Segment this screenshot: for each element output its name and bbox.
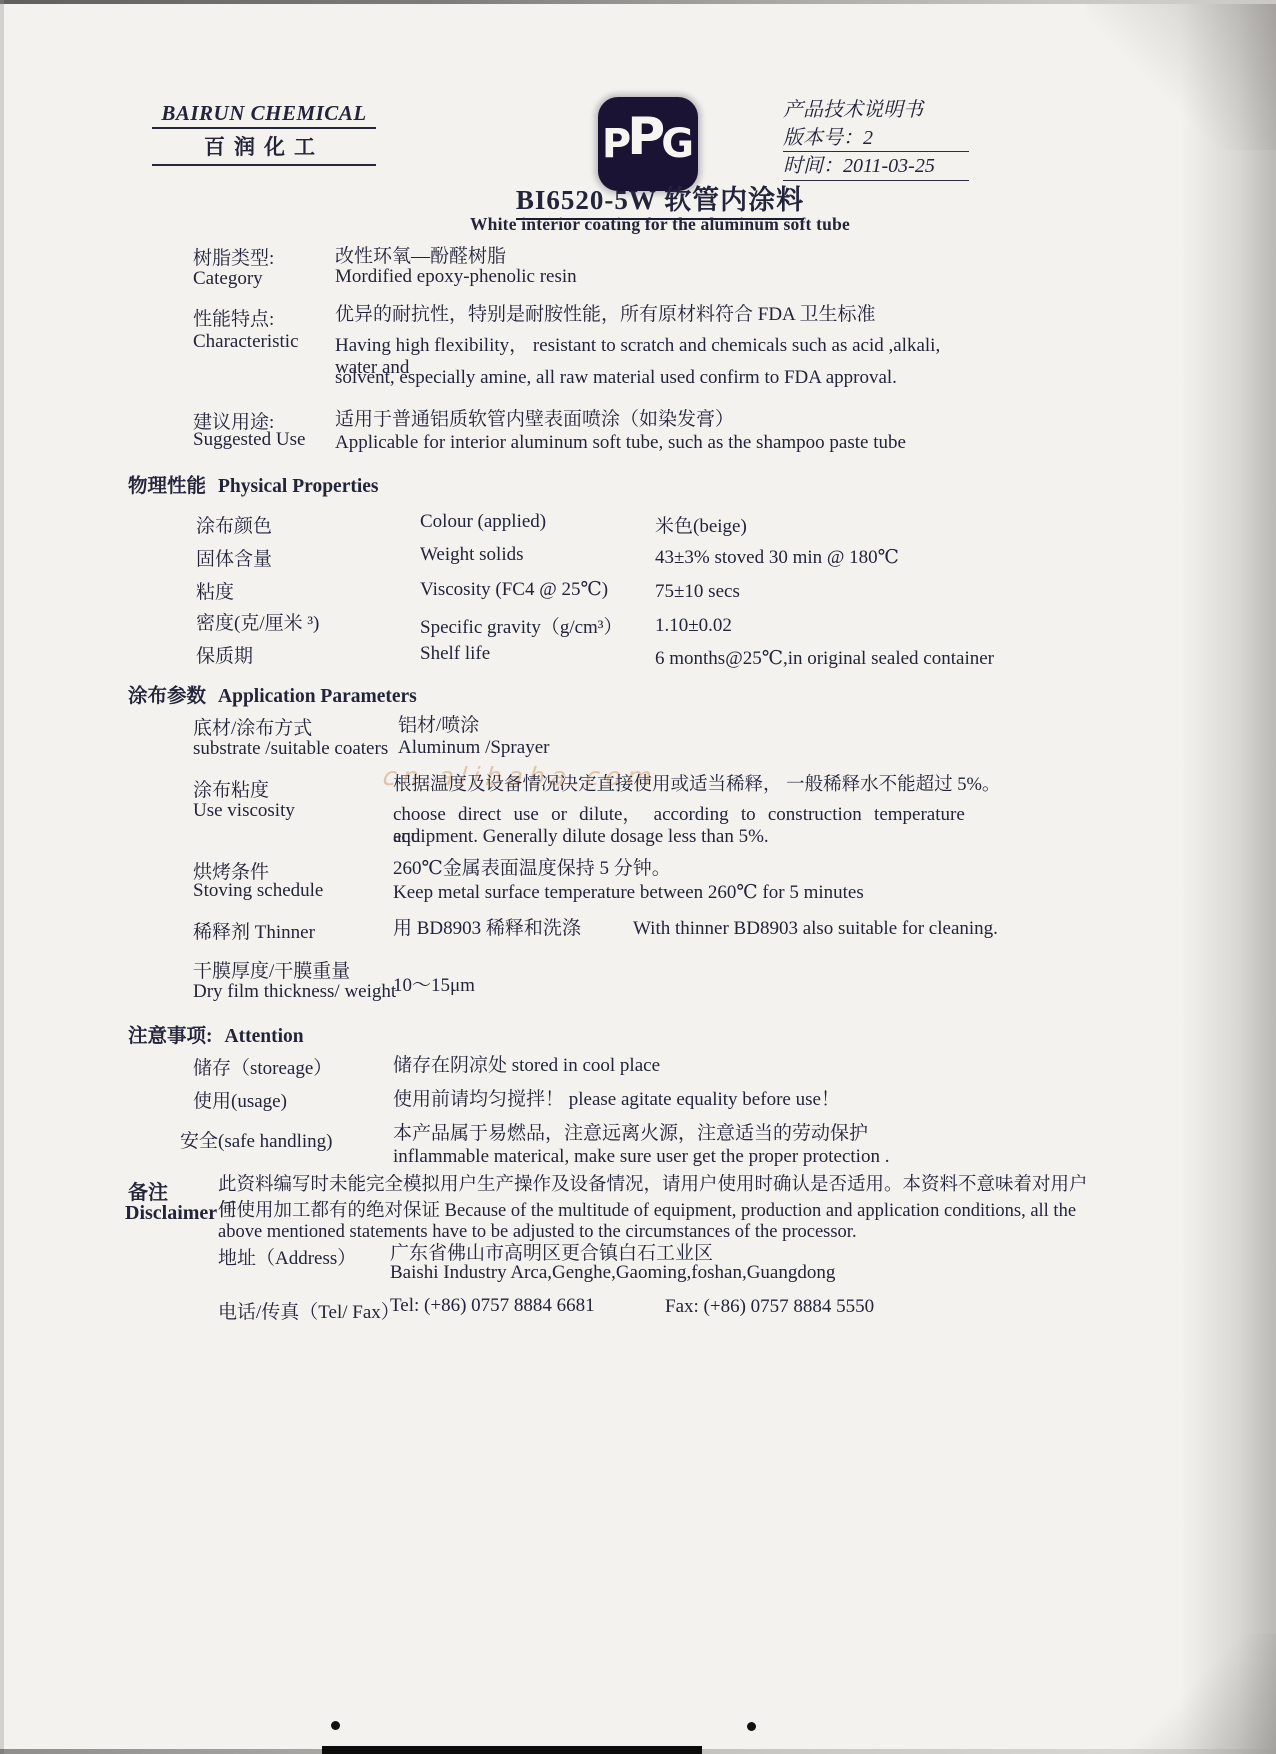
scan-bottom-bar bbox=[322, 1746, 702, 1754]
stoving-line1: 260℃金属表面温度保持 5 分钟。 bbox=[393, 853, 671, 880]
ppg-logo-letter: P bbox=[627, 111, 665, 163]
characteristic-label-en: Characteristic bbox=[193, 331, 299, 353]
physical-row-en: Colour (applied) bbox=[420, 511, 546, 533]
storage-value: 储存在阴凉处 stored in cool place bbox=[393, 1050, 660, 1077]
characteristic-value-en2: solvent, especially amine, all raw mater… bbox=[335, 367, 985, 389]
safe-handling-line2: inflammable materical, make sure user ge… bbox=[393, 1146, 889, 1168]
application-heading-zh: 涂布参数 bbox=[128, 686, 206, 707]
usage-value: 使用前请均匀搅拌！ please agitate equality before… bbox=[393, 1084, 840, 1111]
use-viscosity-label-zh: 涂布粘度 bbox=[193, 775, 269, 802]
note-label-zh: 备注 bbox=[128, 1176, 168, 1205]
physical-row-value: 43±3% stoved 30 min @ 180℃ bbox=[655, 546, 899, 569]
dry-film-value: 10～15μm bbox=[393, 970, 475, 997]
fax-number: Fax: (+86) 0757 8884 5550 bbox=[665, 1296, 874, 1318]
characteristic-value-zh: 优异的耐抗性，特别是耐胺性能，所有原材料符合 FDA 卫生标准 bbox=[335, 299, 875, 326]
thinner-label: 稀释剂 Thinner bbox=[193, 917, 315, 944]
doc-date: 时间：2011-03-25 bbox=[783, 155, 969, 181]
suggested-use-label-en: Suggested Use bbox=[193, 429, 305, 451]
use-viscosity-line3: equipment. Generally dilute dosage less … bbox=[393, 826, 978, 848]
ppg-logo: P P G bbox=[598, 97, 698, 191]
safe-handling-label: 安全(safe handling) bbox=[180, 1126, 332, 1153]
scan-dot-left bbox=[331, 1721, 340, 1730]
physical-row-zh: 保质期 bbox=[196, 641, 253, 668]
scan-right-shadow bbox=[1181, 0, 1276, 1754]
attention-heading-zh: 注意事项: bbox=[128, 1026, 213, 1047]
scan-top-edge bbox=[0, 0, 1276, 4]
address-en: Baishi Industry Arca,Genghe,Gaoming,fosh… bbox=[390, 1262, 835, 1284]
disclaimer-line2: 何使用加工都有的绝对保证 Because of the multitude of… bbox=[218, 1196, 1098, 1222]
dry-film-label-zh: 干膜厚度/干膜重量 bbox=[193, 956, 350, 983]
physical-row-value: 75±10 secs bbox=[655, 581, 740, 603]
suggested-use-value-en: Applicable for interior aluminum soft tu… bbox=[335, 432, 906, 454]
company-logo: BAIRUN CHEMICAL 百润化工 bbox=[152, 101, 376, 166]
note-label-en: Disclaimer bbox=[125, 1202, 217, 1225]
safe-handling-line1: 本产品属于易燃品，注意远离火源，注意适当的劳动保护 bbox=[393, 1118, 868, 1145]
tel-number: Tel: (+86) 0757 8884 6681 bbox=[390, 1295, 595, 1317]
stoving-line2: Keep metal surface temperature between 2… bbox=[393, 881, 864, 904]
company-name-zh: 百润化工 bbox=[152, 129, 376, 166]
telfax-label: 电话/传真（Tel/ Fax） bbox=[218, 1297, 400, 1324]
substrate-label-en: substrate /suitable coaters bbox=[193, 738, 388, 760]
application-parameters-heading: 涂布参数Application Parameters bbox=[128, 680, 417, 708]
product-subtitle: White interior coating for the aluminum … bbox=[340, 214, 980, 235]
physical-row-value: 米色(beige) bbox=[655, 511, 747, 538]
substrate-label-zh: 底材/涂布方式 bbox=[193, 713, 312, 740]
thinner-value-en: With thinner BD8903 also suitable for cl… bbox=[633, 918, 998, 940]
use-viscosity-label-en: Use viscosity bbox=[193, 800, 295, 822]
scan-corner-shadow-topright bbox=[1086, 0, 1276, 150]
application-heading-en: Application Parameters bbox=[218, 686, 417, 707]
thinner-value-zh: 用 BD8903 稀释和洗涤 bbox=[393, 913, 581, 940]
physical-row-zh: 涂布颜色 bbox=[196, 511, 272, 538]
physical-row-zh: 粘度 bbox=[196, 577, 234, 604]
ppg-logo-letter: G bbox=[661, 124, 694, 164]
substrate-value-en: Aluminum /Sprayer bbox=[398, 737, 549, 759]
physical-heading-zh: 物理性能 bbox=[128, 476, 206, 497]
physical-row-zh: 固体含量 bbox=[196, 544, 272, 571]
physical-row-en: Weight solids bbox=[420, 544, 524, 566]
use-viscosity-line1: 根据温度及设备情况决定直接使用或适当稀释， 一般稀释水不能超过 5%。 bbox=[393, 770, 1000, 796]
stoving-label-en: Stoving schedule bbox=[193, 880, 323, 902]
physical-row-value: 1.10±0.02 bbox=[655, 615, 732, 637]
scan-corner-shadow-bottomright bbox=[1116, 1634, 1276, 1754]
suggested-use-value-zh: 适用于普通铝质软管内壁表面喷涂（如染发膏） bbox=[335, 404, 734, 431]
address-label: 地址（Address） bbox=[218, 1243, 356, 1270]
physical-row-en: Shelf life bbox=[420, 643, 490, 665]
physical-row-en: Specific gravity（g/cm³） bbox=[420, 612, 623, 639]
doc-type: 产品技术说明书 bbox=[783, 99, 969, 124]
doc-version: 版本号：2 bbox=[783, 127, 969, 153]
category-label-en: Category bbox=[193, 268, 263, 290]
characteristic-label-zh: 性能特点: bbox=[193, 304, 274, 331]
category-value-zh: 改性环氧—酚醛树脂 bbox=[335, 241, 506, 268]
category-value-en: Mordified epoxy-phenolic resin bbox=[335, 266, 577, 288]
physical-row-value: 6 months@25℃,in original sealed containe… bbox=[655, 647, 994, 670]
address-zh: 广东省佛山市高明区更合镇白石工业区 bbox=[390, 1238, 713, 1265]
category-label-zh: 树脂类型: bbox=[193, 243, 274, 270]
company-name-en: BAIRUN CHEMICAL bbox=[152, 101, 376, 129]
usage-label: 使用(usage) bbox=[193, 1086, 287, 1113]
substrate-value-zh: 铝材/喷涂 bbox=[398, 710, 479, 737]
scan-dot-right bbox=[747, 1722, 756, 1731]
physical-row-en: Viscosity (FC4 @ 25℃) bbox=[420, 578, 608, 601]
storage-label: 储存（storeage） bbox=[193, 1053, 332, 1080]
attention-heading-en: Attention bbox=[225, 1026, 304, 1047]
attention-heading: 注意事项:Attention bbox=[128, 1020, 304, 1048]
physical-properties-heading: 物理性能Physical Properties bbox=[128, 470, 379, 498]
dry-film-label-en: Dry film thickness/ weight bbox=[193, 981, 396, 1003]
physical-heading-en: Physical Properties bbox=[218, 476, 379, 497]
document-info: 产品技术说明书 版本号：2 时间：2011-03-25 bbox=[783, 99, 969, 181]
physical-row-zh: 密度(克/厘米 ³) bbox=[196, 608, 319, 635]
scan-left-edge bbox=[0, 0, 4, 1754]
